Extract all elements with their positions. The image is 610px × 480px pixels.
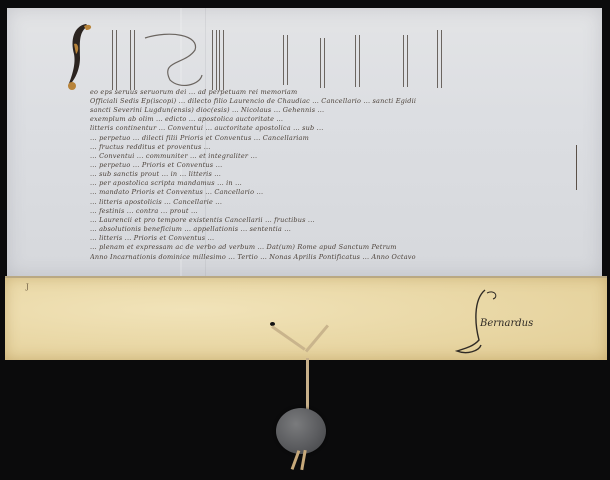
text-line: exemplum ab olim ... edicto ... apostoli…	[90, 115, 555, 123]
text-line: ... per apostolica scripta mandamus ... …	[90, 179, 555, 187]
text-line: Officiali Sedis Ep(iscopi) ... dilecto f…	[90, 97, 555, 105]
elongated-letter	[130, 30, 135, 90]
decorated-initial-icon	[66, 20, 92, 92]
text-line: litteris continentur ... Conventui ... a…	[90, 124, 555, 132]
cord-tail	[291, 450, 301, 470]
text-line: ... absolutionis beneficium ... appellat…	[90, 225, 555, 233]
text-line: ... perpetuo ... Prioris et Conventus ..…	[90, 161, 555, 169]
text-line: ... perpetuo ... dilecti filii Prioris e…	[90, 134, 555, 142]
flourish-b-icon	[140, 30, 230, 90]
elongated-letter	[320, 38, 325, 88]
margin-bracket-mark	[570, 145, 577, 190]
text-line: sancti Severini Lugdun(ensis) dioc(esis)…	[90, 106, 555, 114]
corner-mark: J	[26, 283, 29, 291]
text-line: eo eps seruus seruorum dei ... ad perpet…	[90, 88, 550, 96]
text-line: ... fructus redditus et proventus ...	[90, 143, 555, 151]
text-line: ... plenam et expressam ac de verbo ad v…	[90, 243, 555, 251]
text-line: ... festinis ... contra ... prout ...	[90, 207, 555, 215]
elongated-letter	[403, 35, 408, 87]
text-line: ... mandato Prioris et Conventus ... Can…	[90, 188, 555, 196]
elongated-letter	[283, 35, 288, 85]
elongated-letter	[355, 35, 360, 87]
elongated-letter	[437, 30, 442, 88]
text-line: ... litteris apostolicis ... Cancellarie…	[90, 198, 555, 206]
text-line: Anno Incarnationis dominice millesimo ..…	[90, 253, 555, 261]
elongated-letter	[112, 30, 117, 90]
text-line: ... Conventui ... communiter ... et inte…	[90, 152, 555, 160]
lead-seal-bulla	[276, 408, 326, 454]
text-line: ... sub sanctis prout ... in ... litteri…	[90, 170, 555, 178]
text-line: ... litteris ... Prioris et Conventus ..…	[90, 234, 555, 242]
text-line: ... Laurencii et pro tempore existentis …	[90, 216, 555, 224]
scribe-signature: Bernardus	[480, 318, 533, 329]
plica-edge	[5, 276, 607, 278]
